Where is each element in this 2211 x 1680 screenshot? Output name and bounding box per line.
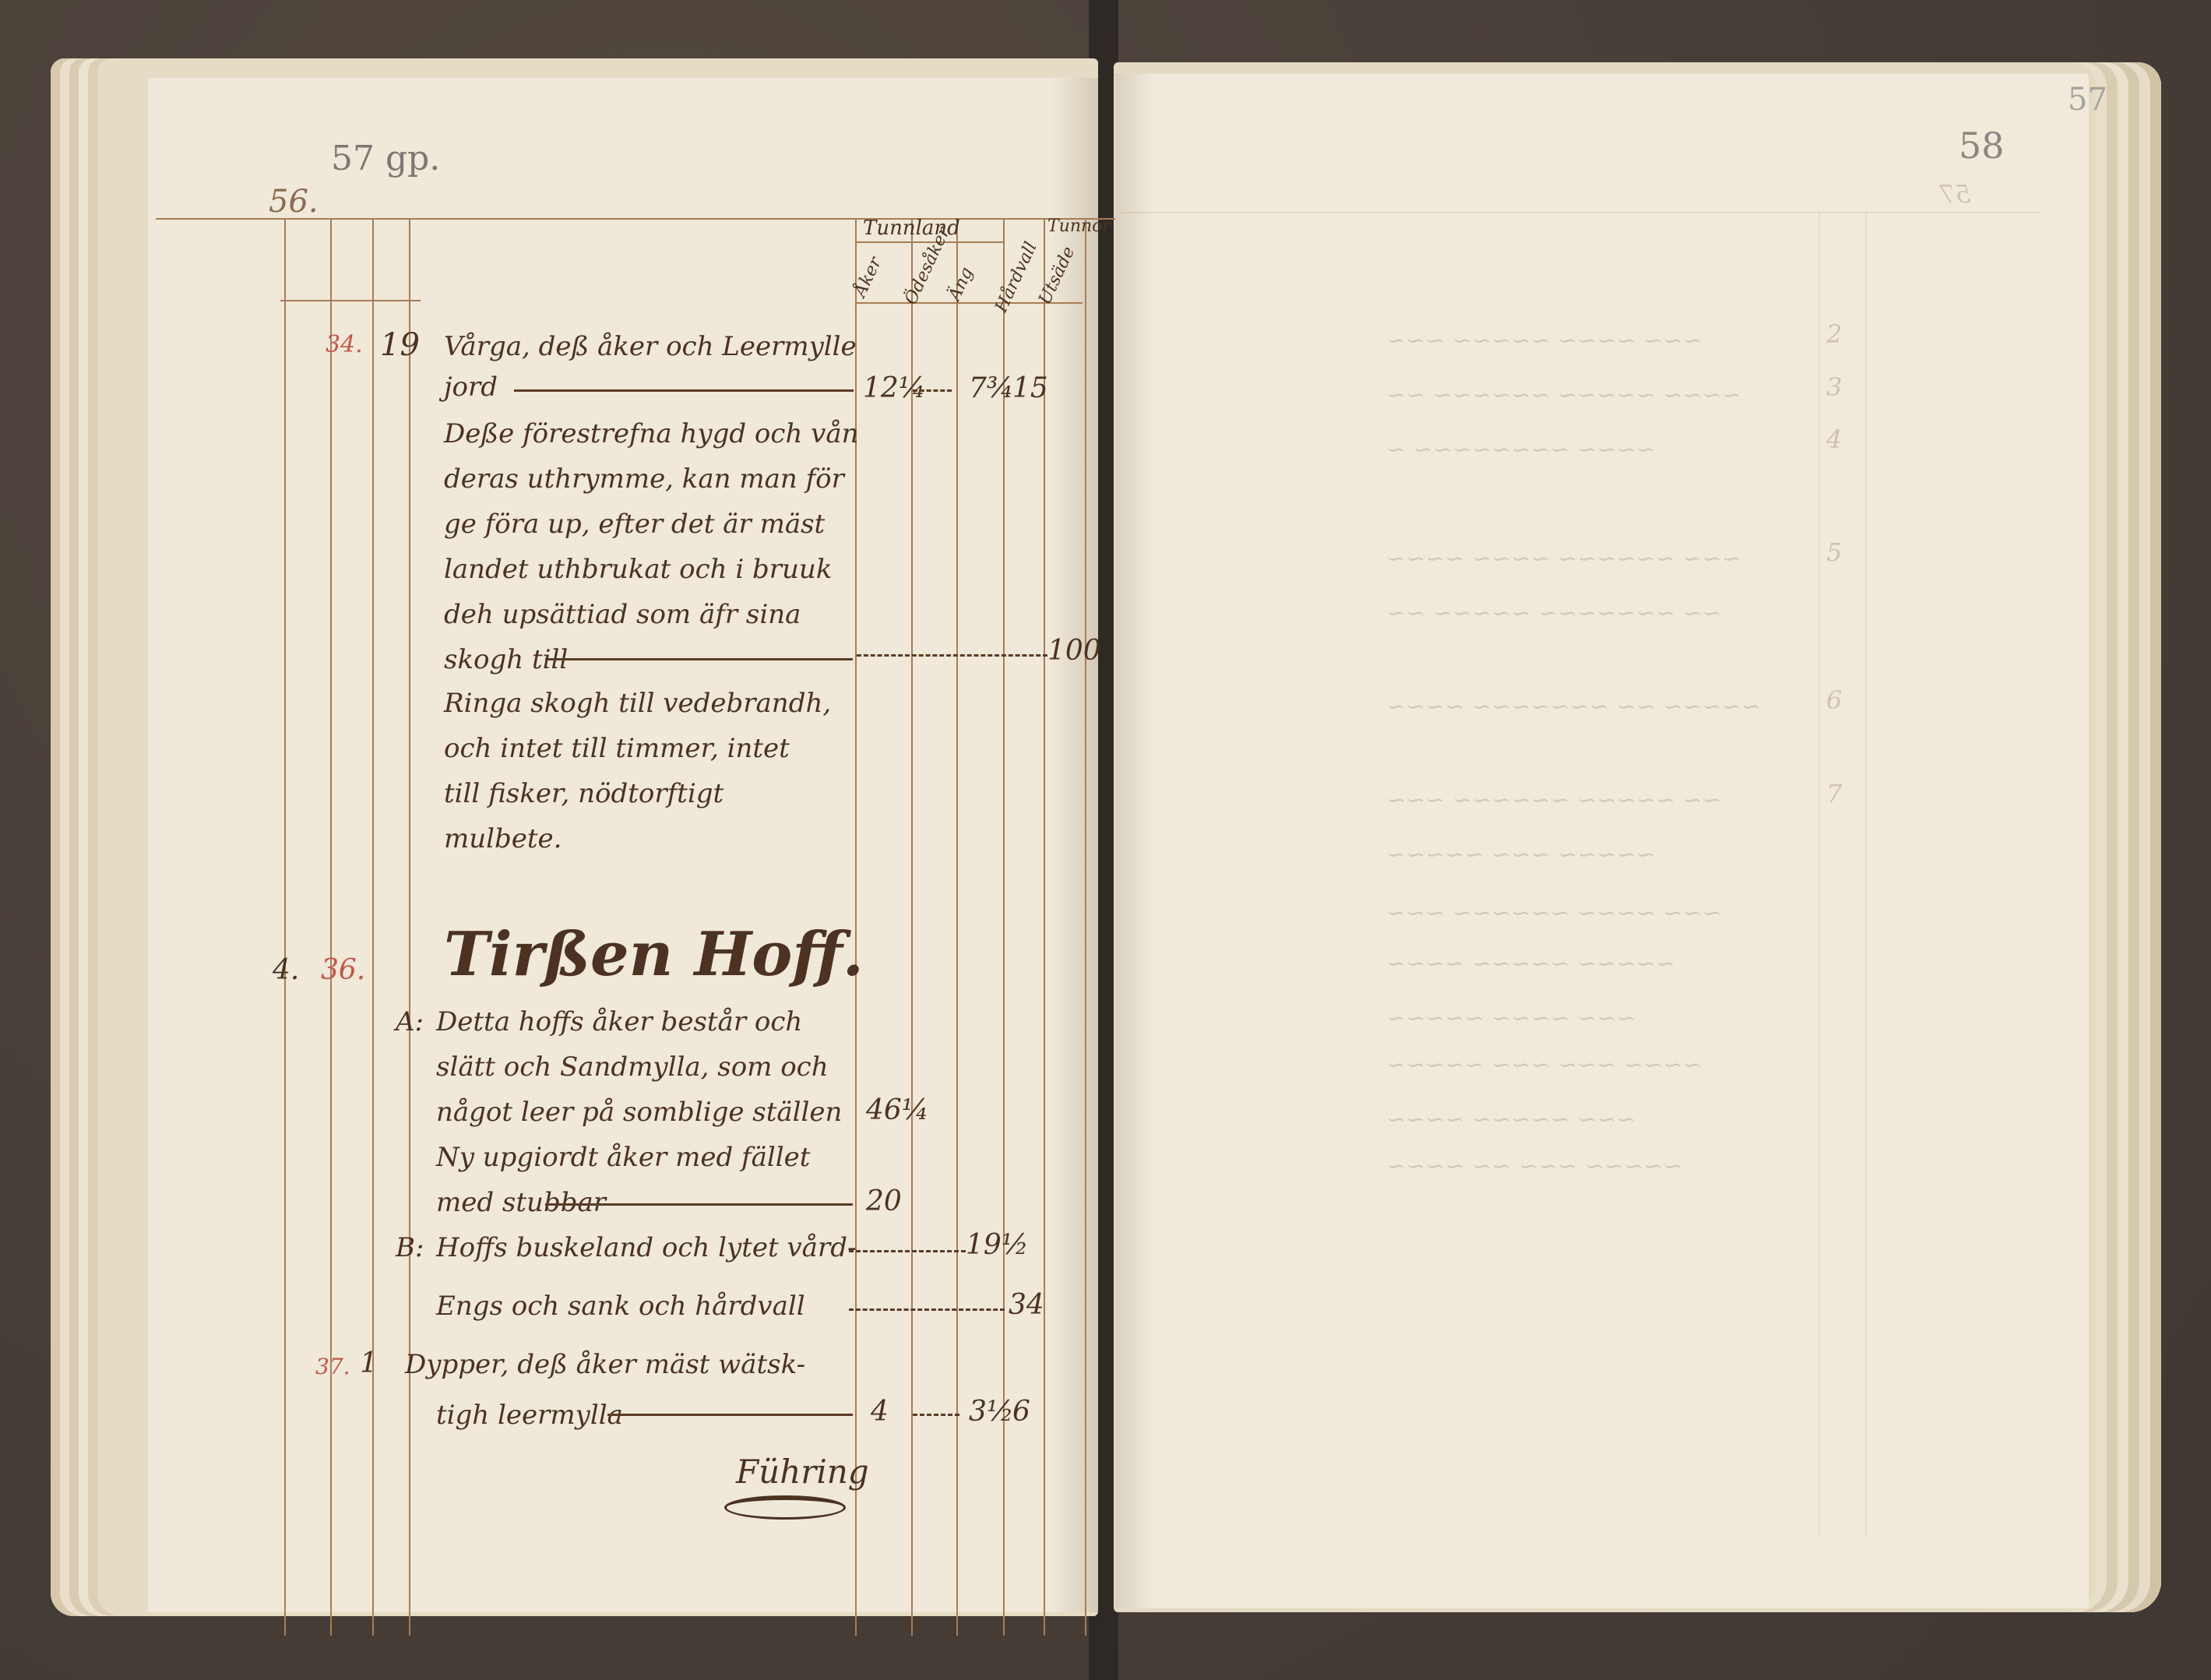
leader-line [607, 1414, 853, 1416]
dash-leader [913, 1414, 959, 1416]
bleed-through-corner-number: 57 [1939, 179, 1971, 209]
leader-line [545, 658, 853, 660]
entry-line: Ringa skogh till vedebrandh, [444, 690, 831, 717]
value-col-3 [956, 218, 958, 1636]
entry-number: 1 [360, 1347, 378, 1379]
value-utsade: 100 [1047, 635, 1101, 667]
entry-line: tigh leermylla [436, 1402, 623, 1428]
value-aker: 4 [871, 1396, 889, 1428]
dash-leader [849, 1308, 1005, 1311]
entry-label: B: [396, 1234, 424, 1261]
bleed-through-text: ~~~~~ ~~~ ~~~~~ [1386, 841, 1656, 868]
bleed-row-number: 3 [1826, 372, 1842, 402]
bleed-through-text: ~~~ ~~~~ ~~~~~ [1386, 1005, 1636, 1032]
entry-line: deras uthrymme, kan man för [444, 466, 844, 492]
bleed-row-number: 5 [1826, 537, 1842, 567]
margin-col-2 [330, 218, 332, 1636]
value-aker: 12¼ [863, 372, 926, 404]
value-col-2 [911, 218, 913, 1636]
margin-col-1 [284, 218, 286, 1636]
page-number-faint: 57 [2068, 82, 2107, 118]
entry-label: A: [396, 1009, 424, 1035]
entry-line: Deße förestrefna hygd och vån [444, 421, 859, 447]
bleed-through-text: ~~~ ~~~~ ~~~~~ ~~~ [1386, 327, 1702, 354]
entry-line: till fisker, nödtorftigt [444, 780, 724, 807]
entry-line: Dypper, deß åker mäst wätsk- [405, 1351, 805, 1378]
header-group-tunnor: Tunnor [1047, 217, 1111, 236]
gutter-shadow [1051, 78, 1098, 1612]
leader-line [545, 1203, 853, 1206]
right-vrule [1865, 212, 1867, 1536]
section-margin-red: 36. [321, 954, 365, 986]
page-number: 58 [1959, 125, 2005, 167]
bleed-through-text: ~~~ ~~~~ ~~~~~~ ~~~ [1386, 900, 1722, 927]
margin-red-number: 34. [326, 331, 363, 358]
bleed-row-number: 2 [1826, 319, 1842, 349]
entry-line: Engs och sank och hårdvall [436, 1293, 805, 1319]
leader-line [514, 389, 854, 392]
bleed-row-number: 6 [1826, 685, 1842, 715]
section-margin-number: 4. [273, 954, 299, 986]
bleed-through-text: ~~~~ ~~~ ~~~ ~~~~~ [1386, 1051, 1702, 1079]
right-vrule [1818, 212, 1820, 1536]
entry-line: Vårga, deß åker och Leermylle [444, 333, 857, 360]
value-aker: 46¼ [866, 1094, 929, 1126]
header-rule [280, 300, 421, 301]
dash-leader [849, 1250, 966, 1252]
bleed-through-text: ~~~ ~~~~~ ~~~~ [1386, 1106, 1636, 1133]
margin-red-number: 37. [315, 1354, 350, 1379]
entry-number: 19 [380, 327, 420, 363]
right-top-rule [1121, 212, 2040, 213]
value-ang: 3½ [969, 1396, 1014, 1428]
margin-col-3 [372, 218, 374, 1636]
value-col-5 [1044, 218, 1045, 1636]
entry-line: och intet till timmer, intet [444, 735, 790, 762]
entry-line: något leer på somblige ställen [436, 1099, 842, 1125]
value-aker: 20 [866, 1185, 902, 1217]
section-title: Tirßen Hoff. [444, 919, 864, 990]
bleed-through-text: ~~~~~ ~~~ ~~ ~~~~ [1386, 1153, 1683, 1180]
surveyor-signature: Führing [736, 1453, 869, 1491]
entry-line: deh upsättiad som äfr sina [444, 601, 801, 628]
entry-line: Detta hoffs åker består och [436, 1009, 802, 1035]
entry-line: landet uthbrukat och i bruuk [444, 556, 832, 583]
gutter-shadow [1115, 74, 1154, 1608]
entry-line: Hoffs buskeland och lytet vård- [436, 1234, 856, 1261]
folio-pencil: 57 gp. [331, 139, 440, 178]
bleed-through-text: ~~~~~ ~~ ~~~~~~~ ~~~~ [1386, 693, 1761, 720]
signature-flourish [724, 1495, 846, 1520]
value-hardvall: 34 [1009, 1289, 1044, 1321]
bleed-through-text: ~~ ~~~~~~~ ~~~~~ ~~ [1386, 600, 1722, 627]
bleed-row-number: 4 [1826, 424, 1842, 454]
dash-leader [913, 389, 952, 392]
entry-line: jord [444, 374, 498, 400]
bleed-through-text: ~~~~ ~~~~~ ~~~~~~ ~~ [1386, 382, 1741, 409]
value-ang: 19½ [966, 1229, 1029, 1261]
bleed-through-text: ~~~~~ ~~~~~ ~~~~ [1386, 950, 1675, 977]
left-page [148, 78, 1098, 1612]
dash-leader [857, 654, 1047, 657]
bleed-through-text: ~~ ~~~~~ ~~~~~~ ~~~ [1386, 787, 1722, 814]
bleed-through-text: ~~~ ~~~~~~ ~~~~ ~~~~ [1386, 545, 1741, 572]
entry-line: ge föra up, efter det är mäst [444, 511, 825, 537]
value-hardvall: 15 [1012, 372, 1048, 404]
entry-line: Ny upgiordt åker med fället [436, 1144, 810, 1171]
margin-col-4 [409, 218, 410, 1636]
folio-ink: 56. [269, 184, 319, 220]
entry-line: mulbete. [444, 826, 562, 852]
value-col-6 [1085, 218, 1086, 1636]
entry-line: slätt och Sandmylla, som och [436, 1054, 829, 1080]
bleed-through-text: ~~~~ ~~~~~~~~ ~ [1386, 436, 1656, 463]
entry-line: med stubbar [436, 1189, 606, 1216]
value-hardvall: 6 [1012, 1396, 1030, 1428]
bleed-row-number: 7 [1826, 779, 1842, 808]
value-ang: 7¾ [969, 372, 1014, 404]
